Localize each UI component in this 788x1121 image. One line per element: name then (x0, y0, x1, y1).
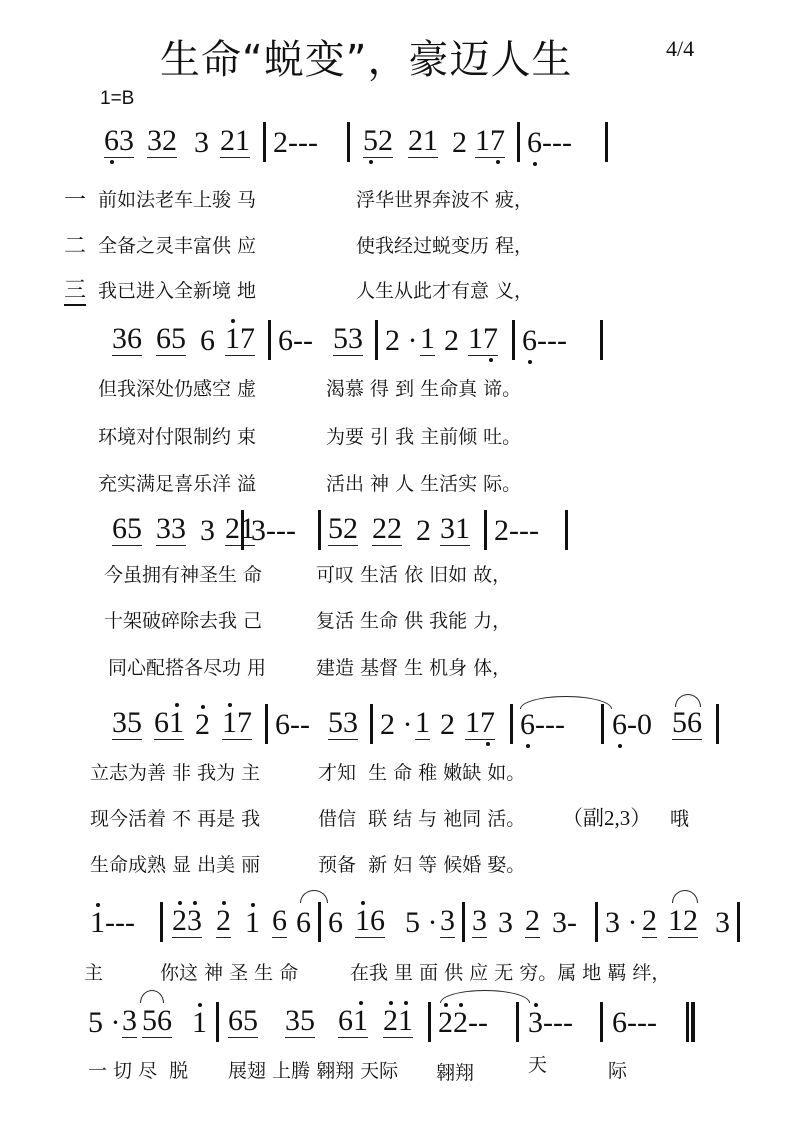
note: 2 (440, 710, 455, 740)
lyric-line: 前如法老车上骏 马 (98, 185, 256, 212)
note: 1 (245, 908, 260, 938)
note-group: 2 · (380, 710, 413, 740)
staff-line-4: 35 61 2 17 6-- 53 2 · 1 2 17 6--- 6-0 56 (0, 702, 788, 746)
note-group: 16 (355, 906, 385, 938)
note: 1 (420, 324, 435, 356)
lyric-line: 使我经过蜕变历 程， (356, 231, 533, 258)
key-signature: 1=B (100, 88, 134, 110)
note-group: 61 (338, 1006, 368, 1038)
note: 3 (200, 516, 215, 546)
note-group: 5 · (405, 908, 438, 938)
note: 2 (642, 906, 657, 938)
note: 1 (415, 708, 430, 740)
barline (216, 1002, 219, 1042)
barline (600, 1002, 603, 1042)
note-group: 22-- (438, 1008, 488, 1038)
note-group: 6--- (612, 1008, 657, 1038)
note-group: 35 (112, 708, 142, 740)
staff-line-2: 36 65 6 17 6-- 53 2 · 1 2 17 6--- (0, 318, 788, 362)
note-group: 53 (328, 708, 358, 740)
note-group: 2--- (494, 516, 539, 546)
note-group: 22 (372, 514, 402, 546)
lyric-line: 一 切 尽 脱 (88, 1056, 188, 1083)
lyric-line: 才知 生 命 稚 嫩缺 如。 (318, 758, 525, 785)
lyric-line: 十架破碎除去我 己 (104, 606, 262, 633)
barline (462, 902, 465, 942)
lyric-line: 借信 联 结 与 祂同 活。 (318, 804, 525, 831)
note-group: 65 (156, 324, 186, 356)
note-group: 6-0 (612, 710, 652, 740)
note-group: 52 (328, 514, 358, 546)
note: 1 (192, 1008, 207, 1038)
note-group: 6-- (278, 326, 313, 356)
note-group: 3--- (528, 1008, 573, 1038)
lyric-word: 际 (608, 1056, 627, 1083)
lyric-line: 展翅 上腾 翱翔 天际 (228, 1056, 398, 1083)
note-group: 3- (552, 908, 577, 938)
note-group: 56 (142, 1006, 172, 1038)
barline (600, 320, 603, 360)
lyric-line: 现今活着 不 再是 我 (90, 804, 260, 831)
barline (265, 704, 268, 744)
note: 6 (272, 906, 287, 938)
slur (140, 990, 164, 1003)
lyric-line: 立志为善 非 我为 主 (90, 758, 260, 785)
lyric-line: 预备 新 妇 等 候婚 娶。 (318, 850, 525, 877)
barline (268, 320, 271, 360)
lyric-line: 浮华世界奔波不 疲， (356, 185, 533, 212)
note: 3 (122, 1006, 137, 1038)
time-signature: 4/4 (666, 36, 694, 62)
lyric-line: 建造 基督 生 机身 体， (316, 653, 511, 680)
barline (565, 510, 568, 550)
barline (510, 704, 513, 744)
lyric-word: 哦 (670, 804, 689, 831)
barline (484, 510, 487, 550)
barline (512, 320, 515, 360)
note: 6 (328, 908, 343, 938)
note-group: 52 (363, 126, 393, 158)
note-group: 32 (147, 126, 177, 158)
barline (160, 902, 163, 942)
note-group: 17 (468, 324, 498, 356)
note-group: 63 (104, 126, 134, 158)
barline (318, 510, 321, 550)
note-group: 17 (465, 708, 495, 740)
note-group: 12 (668, 906, 698, 938)
staff-line-6: 5 · 3 56 1 65 35 61 21 22-- 3--- 6--- (0, 1000, 788, 1044)
note: 3 (194, 128, 209, 158)
barline (241, 510, 244, 550)
note-group: 5 · (88, 1008, 121, 1038)
lyric-line: 可叹 生活 依 旧如 故， (316, 560, 511, 587)
staff-line-1: 63 32 3 21 2--- 52 21 2 17 6--- (0, 120, 788, 164)
note: 3 (472, 906, 487, 938)
note: 3 (498, 908, 513, 938)
note-group: 1--- (90, 908, 135, 938)
note-group: 21 (408, 126, 438, 158)
note-group: 23 (172, 906, 202, 938)
barline (428, 1002, 431, 1042)
note-group: 65 (228, 1006, 258, 1038)
lyric-line: 今虽拥有神圣生 命 (104, 560, 262, 587)
barline (517, 122, 520, 162)
verse-number-1: 一 (64, 183, 86, 214)
note-group: 21 (383, 1006, 413, 1038)
lyric-line: 但我深处仍感空 虚 (98, 374, 256, 401)
staff-line-5: 1--- 23 2 1 6 6 6 16 5 · 3 3 3 2 3- 3 · … (0, 900, 788, 944)
lyric-word: 翱翔 (436, 1058, 474, 1085)
note: 3 (440, 906, 455, 938)
note-group: 56 (672, 708, 702, 740)
note: 6 (296, 908, 311, 938)
lyric-line: 生命成熟 显 出美 丽 (90, 850, 260, 877)
note: 2 (525, 906, 540, 938)
note: 3 (715, 908, 730, 938)
note-group: 65 (112, 514, 142, 546)
note-group: 17 (475, 126, 505, 158)
note-group: 6--- (527, 128, 572, 158)
lyric-word: 主 (84, 958, 103, 985)
note: 2 (452, 128, 467, 158)
staff-line-3: 65 33 3 21 3--- 52 22 2 31 2--- (0, 508, 788, 552)
final-barline (686, 1002, 695, 1042)
slur (672, 890, 698, 903)
note: 2 (444, 326, 459, 356)
note: 2 (216, 906, 231, 938)
song-title: 生命“蜕变”，豪迈人生 (160, 28, 572, 85)
note-group: 21 (220, 126, 250, 158)
note: 6 (200, 326, 215, 356)
lyric-line: 你这 神 圣 生 命 (160, 958, 298, 985)
barline (263, 122, 266, 162)
lyric-line: 在我 里 面 供 应 无 穷。属 地 羁 绊， (350, 958, 670, 985)
barline (605, 122, 608, 162)
note-group: 6-- (275, 710, 310, 740)
note-group: 31 (440, 514, 470, 546)
note-group: 33 (156, 514, 186, 546)
note: 2 (195, 710, 210, 740)
note-group: 6--- (522, 326, 567, 356)
refrain-note: （副2,3） (562, 802, 651, 832)
barline (601, 704, 604, 744)
note-group: 2--- (273, 128, 318, 158)
lyric-line: 复活 生命 供 我能 力， (316, 606, 511, 633)
note-group: 53 (333, 324, 363, 356)
note-group: 2 · (385, 326, 418, 356)
lyric-line: 环境对付限制约 束 (98, 422, 256, 449)
barline (595, 902, 598, 942)
barline (516, 1002, 519, 1042)
note-group: 36 (112, 324, 142, 356)
lyric-line: 全备之灵丰富供 应 (98, 231, 256, 258)
note-group: 35 (285, 1006, 315, 1038)
barline (716, 704, 719, 744)
lyric-line: 人生从此才有意 义， (356, 276, 533, 303)
barline (370, 704, 373, 744)
verse-number-2: 二 (64, 229, 86, 260)
lyric-line: 充实满足喜乐洋 溢 (98, 469, 256, 496)
lyric-line: 为要 引 我 主前倾 吐。 (326, 422, 521, 449)
lyric-line: 我已进入全新境 地 (98, 276, 256, 303)
verse-number-3: 三 (64, 273, 86, 306)
note-group: 17 (222, 708, 252, 740)
note-group: 61 (154, 708, 184, 740)
lyric-word: 天 (528, 1050, 547, 1077)
note-group: 17 (225, 324, 255, 356)
lyric-line: 渴慕 得 到 生命真 谛。 (326, 374, 521, 401)
note-group: 3 · (605, 908, 638, 938)
note-group: 3--- (251, 516, 296, 546)
barline (375, 320, 378, 360)
barline (347, 122, 350, 162)
lyric-line: 活出 神 人 生活实 际。 (326, 469, 521, 496)
barline (318, 902, 321, 942)
note-group: 6--- (520, 710, 565, 740)
barline (737, 902, 740, 942)
note: 2 (416, 516, 431, 546)
tie (300, 890, 328, 903)
lyric-line: 同心配搭各尽功 用 (108, 653, 266, 680)
